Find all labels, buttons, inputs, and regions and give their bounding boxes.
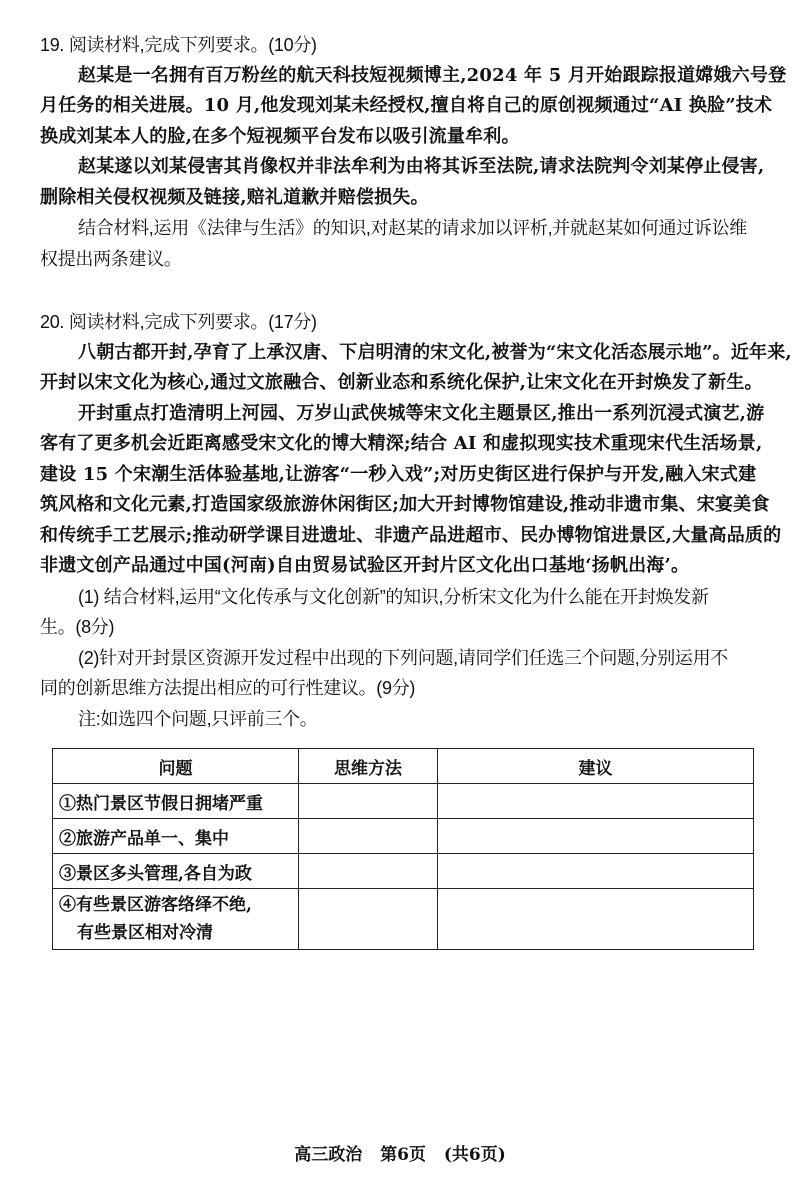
paragraph-line: 客有了更多机会近距离感受宋文化的博大精深;结合 AI 和虚拟现实技术重现宋代生活…: [40, 429, 770, 460]
problem-cell: ④有些景区游客络绎不绝, 有些景区相对冷清: [53, 889, 299, 950]
question-19-title: 19. 阅读材料,完成下列要求。(10分): [40, 30, 770, 61]
paragraph-line: 和传统手工艺展示;推动研学课目进遗址、非遗产品进超市、民办博物馆进景区,大量高品…: [40, 521, 770, 552]
paragraph-line: 赵某遂以刘某侵害其肖像权并非法牟利为由将其诉至法院,请求法院判令刘某停止侵害,: [40, 152, 770, 183]
header-suggestion: 建议: [438, 749, 754, 784]
question-19-requirement: 结合材料,运用《法律与生活》的知识,对赵某的请求加以评析,并就赵某如何通过诉讼维: [40, 213, 770, 244]
suggestion-cell[interactable]: [438, 819, 754, 854]
answer-table: 问题 思维方法 建议 ①热门景区节假日拥堵严重 ②旅游产品单一、集中 ③景区多头…: [52, 748, 754, 950]
question-19-requirement: 权提出两条建议。: [40, 244, 770, 275]
header-problem: 问题: [53, 749, 299, 784]
method-cell[interactable]: [299, 889, 438, 950]
paragraph-line: 删除相关侵权视频及链接,赔礼道歉并赔偿损失。: [40, 183, 770, 214]
paragraph-line: 建设 15 个宋潮生活体验基地,让游客“一秒入戏”;对历史街区进行保护与开发,融…: [40, 460, 770, 491]
paragraph-line: 换成刘某本人的脸,在多个短视频平台发布以吸引流量牟利。: [40, 122, 770, 153]
paragraph-line: 月任务的相关进展。10 月,他发现刘某未经授权,擅自将自己的原创视频通过“AI …: [40, 91, 770, 122]
sub-question-1: 生。(8分): [40, 612, 770, 643]
sub-question-1: (1) 结合材料,运用“文化传承与文化创新”的知识,分析宋文化为什么能在开封焕发…: [40, 582, 770, 613]
exam-page: 19. 阅读材料,完成下列要求。(10分) 赵某是一名拥有百万粉丝的航天科技短视…: [40, 30, 770, 734]
problem-line-2: 有些景区相对冷清: [59, 919, 292, 947]
page-footer: 高三政治 第6页 (共6页): [0, 1140, 800, 1165]
table-row: ④有些景区游客络绎不绝, 有些景区相对冷清: [53, 889, 754, 950]
question-20: 20. 阅读材料,完成下列要求。(17分) 八朝古都开封,孕育了上承汉唐、下启明…: [40, 307, 770, 734]
problem-cell: ③景区多头管理,各自为政: [53, 854, 299, 889]
problem-line-1: ④有些景区游客络绎不绝,: [59, 891, 292, 919]
paragraph-line: 八朝古都开封,孕育了上承汉唐、下启明清的宋文化,被誉为“宋文化活态展示地”。近年…: [40, 338, 770, 369]
suggestion-cell[interactable]: [438, 784, 754, 819]
table-row: ②旅游产品单一、集中: [53, 819, 754, 854]
paragraph-line: 非遗文创产品通过中国(河南)自由贸易试验区开封片区文化出口基地‘扬帆出海’。: [40, 551, 770, 582]
table-row: ③景区多头管理,各自为政: [53, 854, 754, 889]
table-row: ①热门景区节假日拥堵严重: [53, 784, 754, 819]
method-cell[interactable]: [299, 819, 438, 854]
paragraph-line: 开封重点打造清明上河园、万岁山武侠城等宋文化主题景区,推出一系列沉浸式演艺,游: [40, 399, 770, 430]
paragraph-line: 开封以宋文化为核心,通过文旅融合、创新业态和系统化保护,让宋文化在开封焕发了新生…: [40, 368, 770, 399]
paragraph-line: 赵某是一名拥有百万粉丝的航天科技短视频博主,2024 年 5 月开始跟踪报道嫦娥…: [40, 61, 770, 92]
method-cell[interactable]: [299, 784, 438, 819]
method-cell[interactable]: [299, 854, 438, 889]
problem-cell: ①热门景区节假日拥堵严重: [53, 784, 299, 819]
question-20-title: 20. 阅读材料,完成下列要求。(17分): [40, 307, 770, 338]
problem-cell: ②旅游产品单一、集中: [53, 819, 299, 854]
suggestion-cell[interactable]: [438, 889, 754, 950]
sub-question-2: (2)针对开封景区资源开发过程中出现的下列问题,请同学们任选三个问题,分别运用不: [40, 643, 770, 674]
question-19: 19. 阅读材料,完成下列要求。(10分) 赵某是一名拥有百万粉丝的航天科技短视…: [40, 30, 770, 274]
paragraph-line: 筑风格和文化元素,打造国家级旅游休闲街区;加大开封博物馆建设,推动非遗市集、宋宴…: [40, 490, 770, 521]
suggestion-cell[interactable]: [438, 854, 754, 889]
note: 注:如选四个问题,只评前三个。: [40, 704, 770, 735]
header-thinking-method: 思维方法: [299, 749, 438, 784]
sub-question-2: 同的创新思维方法提出相应的可行性建议。(9分): [40, 673, 770, 704]
